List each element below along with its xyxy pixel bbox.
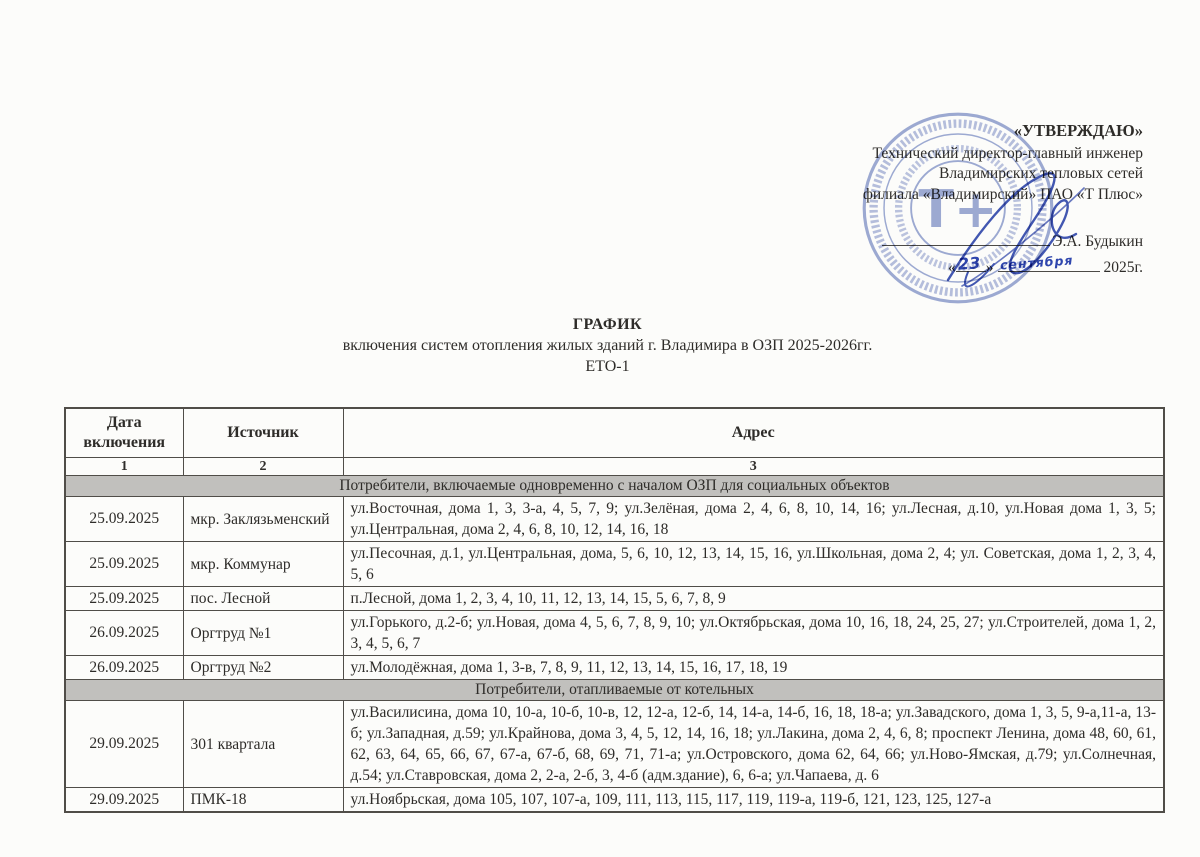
signature-row: Э.А. Будыкин [663, 232, 1143, 253]
approval-block: «УТВЕРЖДАЮ» Технический директор-главный… [663, 121, 1143, 278]
date-cell: 25.09.2025 [65, 587, 183, 611]
approval-role-line: Технический директор-главный инженер [663, 144, 1143, 165]
address-cell: ул.Восточная, дома 1, 3, 3-а, 4, 5, 7, 9… [343, 497, 1164, 542]
table-row: 25.09.2025 мкр. Коммунар ул.Песочная, д.… [65, 542, 1164, 587]
approval-org-line-1: Владимирских тепловых сетей [663, 164, 1143, 185]
quote-open: « [948, 259, 956, 276]
source-cell: 301 квартала [183, 701, 343, 788]
source-cell: пос. Лесной [183, 587, 343, 611]
approval-date-row: «23»сентября2025г. [663, 257, 1143, 279]
title-subtitle: включения систем отопления жилых зданий … [0, 335, 1200, 356]
table-row: 26.09.2025 Оргтруд №2 ул.Молодёжная, дом… [65, 656, 1164, 680]
date-cell: 29.09.2025 [65, 788, 183, 813]
section-title: Потребители, включаемые одновременно с н… [65, 476, 1164, 497]
table-row: 29.09.2025 301 квартала ул.Василисина, д… [65, 701, 1164, 788]
column-number-row: 1 2 3 [65, 458, 1164, 476]
schedule-table: Дата включения Источник Адрес 1 2 3 Потр… [64, 407, 1165, 813]
source-cell: ПМК-18 [183, 788, 343, 813]
title-eto: ЕТО-1 [0, 356, 1200, 377]
table-row: 29.09.2025 ПМК-18 ул.Ноябрьская, дома 10… [65, 788, 1164, 813]
date-cell: 29.09.2025 [65, 701, 183, 788]
approval-org-line-2: филиала «Владимирский» ПАО «Т Плюс» [663, 185, 1143, 206]
handwritten-day: 23 [957, 253, 981, 275]
section-title: Потребители, отапливаемые от котельных [65, 680, 1164, 701]
source-cell: мкр. Заклязьменский [183, 497, 343, 542]
date-cell: 26.09.2025 [65, 656, 183, 680]
address-cell: ул.Молодёжная, дома 1, 3-в, 7, 8, 9, 11,… [343, 656, 1164, 680]
day-blank: 23 [956, 257, 986, 272]
table-row: 26.09.2025 Оргтруд №1 ул.Горького, д.2-б… [65, 611, 1164, 656]
title-main: ГРАФИК [0, 314, 1200, 335]
date-cell: 25.09.2025 [65, 497, 183, 542]
document-title: ГРАФИК включения систем отопления жилых … [0, 314, 1200, 377]
date-year: 2025г. [1104, 259, 1143, 276]
date-cell: 25.09.2025 [65, 542, 183, 587]
document-page: «УТВЕРЖДАЮ» Технический директор-главный… [0, 0, 1200, 857]
approver-name: Э.А. Будыкин [1052, 233, 1143, 250]
col-num-1: 1 [65, 458, 183, 476]
section-header-row: Потребители, включаемые одновременно с н… [65, 476, 1164, 497]
address-cell: ул.Ноябрьская, дома 105, 107, 107-а, 109… [343, 788, 1164, 813]
source-cell: Оргтруд №2 [183, 656, 343, 680]
handwritten-month: сентября [999, 250, 1074, 276]
address-cell: п.Лесной, дома 1, 2, 3, 4, 10, 11, 12, 1… [343, 587, 1164, 611]
address-cell: ул.Василисина, дома 10, 10-а, 10-б, 10-в… [343, 701, 1164, 788]
address-cell: ул.Горького, д.2-б; ул.Новая, дома 4, 5,… [343, 611, 1164, 656]
table-row: 25.09.2025 мкр. Заклязьменский ул.Восточ… [65, 497, 1164, 542]
table-header-row: Дата включения Источник Адрес [65, 408, 1164, 458]
section-header-row: Потребители, отапливаемые от котельных [65, 680, 1164, 701]
source-cell: мкр. Коммунар [183, 542, 343, 587]
signature-line [882, 244, 1050, 246]
date-cell: 26.09.2025 [65, 611, 183, 656]
col-num-3: 3 [343, 458, 1164, 476]
header-date: Дата включения [65, 408, 183, 458]
quote-close: » [986, 259, 994, 276]
header-source: Источник [183, 408, 343, 458]
address-cell: ул.Песочная, д.1, ул.Центральная, дома, … [343, 542, 1164, 587]
approval-heading: «УТВЕРЖДАЮ» [663, 121, 1143, 142]
col-num-2: 2 [183, 458, 343, 476]
table-row: 25.09.2025 пос. Лесной п.Лесной, дома 1,… [65, 587, 1164, 611]
month-blank: сентября [998, 257, 1100, 272]
header-address: Адрес [343, 408, 1164, 458]
source-cell: Оргтруд №1 [183, 611, 343, 656]
